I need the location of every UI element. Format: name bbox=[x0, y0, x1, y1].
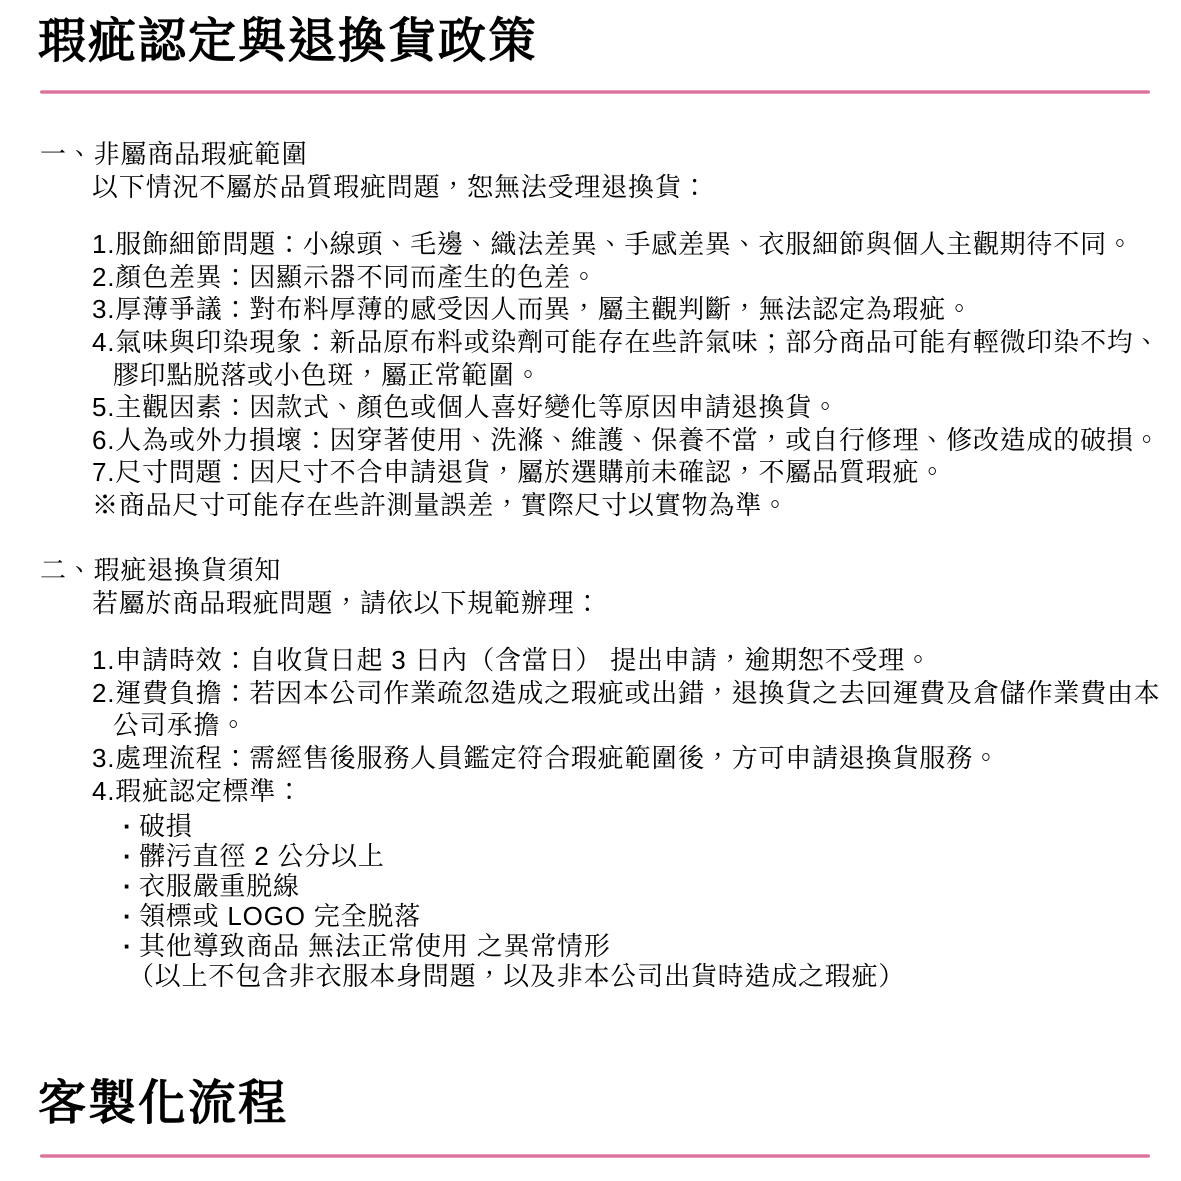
return-notice-line-bullet: ·破損 bbox=[0, 811, 1181, 841]
return-notice-line-bullet: ·其他導致商品 無法正常使用 之異常情形 bbox=[0, 931, 1181, 961]
defect-scope-line-gap bbox=[0, 203, 1181, 228]
bullet-text: 領標或 LOGO 完全脱落 bbox=[139, 901, 421, 931]
return-notice-line-item: 4.瑕疵認定標準： bbox=[0, 775, 1181, 808]
defect-scope-line-item: 3.厚薄爭議：對布料厚薄的感受因人而異，屬主觀判斷，無法認定為瑕疵。 bbox=[0, 293, 1181, 326]
defect-scope-line-intro: 以下情況不屬於品質瑕疵問題，恕無法受理退換貨： bbox=[0, 171, 1181, 204]
policy-document-page: { "titles": { "main": "瑕疵認定與退換貨政策", "cus… bbox=[0, 0, 1181, 1181]
return-notice-line-bullet: ·髒污直徑 2 公分以上 bbox=[0, 841, 1181, 871]
bullet-text: 衣服嚴重脱線 bbox=[139, 871, 300, 901]
defect-scope-line-heading: 一、非屬商品瑕疵範圍 bbox=[0, 138, 1181, 171]
bullet-dot-icon: · bbox=[123, 871, 139, 901]
defect-scope-line-item: 1.服飾細節問題：小線頭、毛邊、織法差異、手感差異、衣服細節與個人主觀期待不同。 bbox=[0, 228, 1181, 261]
bullet-text: 髒污直徑 2 公分以上 bbox=[139, 841, 385, 871]
bullet-text: 破損 bbox=[139, 811, 193, 841]
defect-scope-line-item: 7.尺寸問題：因尺寸不合申請退貨，屬於選購前未確認，不屬品質瑕疵。 bbox=[0, 456, 1181, 489]
return-notice-line-item: 3.處理流程：需經售後服務人員鑑定符合瑕疵範圍後，方可申請退換貨服務。 bbox=[0, 742, 1181, 775]
return-notice-line-bullet: ·領標或 LOGO 完全脱落 bbox=[0, 901, 1181, 931]
defect-scope-line-cont: 膠印點脱落或小色斑，屬正常範圍。 bbox=[0, 359, 1181, 392]
bullet-text: 其他導致商品 無法正常使用 之異常情形 bbox=[139, 931, 611, 961]
bullet-dot-icon: · bbox=[123, 811, 139, 841]
return-notice-line-cont: 公司承擔。 bbox=[0, 709, 1181, 742]
return-notice-line-heading: 二、瑕疵退換貨須知 bbox=[0, 554, 1181, 587]
return-notice-line-bullet: ·衣服嚴重脱線 bbox=[0, 871, 1181, 901]
defect-scope-line-item: 4.氣味與印染現象：新品原布料或染劑可能存在些許氣味；部分商品可能有輕微印染不均… bbox=[0, 326, 1181, 359]
divider-bottom bbox=[40, 1154, 1150, 1158]
defect-scope-line-item: 6.人為或外力損壞：因穿著使用、洗滌、維護、保養不當，或自行修理、修改造成的破損… bbox=[0, 424, 1181, 457]
bullet-dot-icon: · bbox=[123, 841, 139, 871]
return-notice-line-gap bbox=[0, 619, 1181, 644]
defect-scope-line-item: 5.主觀因素：因款式、顏色或個人喜好變化等原因申請退換貨。 bbox=[0, 391, 1181, 424]
divider-top bbox=[40, 90, 1150, 94]
defect-scope-line-note: ※商品尺寸可能存在些許測量誤差，實際尺寸以實物為準。 bbox=[0, 489, 1181, 522]
bullet-dot-icon: · bbox=[123, 901, 139, 931]
section-title-customization: 客製化流程 bbox=[38, 1076, 288, 1131]
bullet-dot-icon: · bbox=[123, 931, 139, 961]
return-notice-line-paren: （以上不包含非衣服本身問題，以及非本公司出貨時造成之瑕疵） bbox=[0, 961, 1181, 991]
section-defect-scope: 一、非屬商品瑕疵範圍以下情況不屬於品質瑕疵問題，恕無法受理退換貨：1.服飾細節問… bbox=[0, 138, 1181, 522]
page-title: 瑕疵認定與退換貨政策 bbox=[38, 14, 538, 69]
return-notice-line-intro: 若屬於商品瑕疵問題，請依以下規範辦理： bbox=[0, 587, 1181, 620]
section-return-notice: 二、瑕疵退換貨須知若屬於商品瑕疵問題，請依以下規範辦理：1.申請時效：自收貨日起… bbox=[0, 554, 1181, 991]
defect-scope-line-item: 2.顏色差異：因顯示器不同而產生的色差。 bbox=[0, 261, 1181, 294]
return-notice-line-item: 1.申請時效：自收貨日起 3 日內（含當日） 提出申請，逾期恕不受理。 bbox=[0, 644, 1181, 677]
return-notice-line-item: 2.運費負擔：若因本公司作業疏忽造成之瑕疵或出錯，退換貨之去回運費及倉儲作業費由… bbox=[0, 677, 1181, 710]
